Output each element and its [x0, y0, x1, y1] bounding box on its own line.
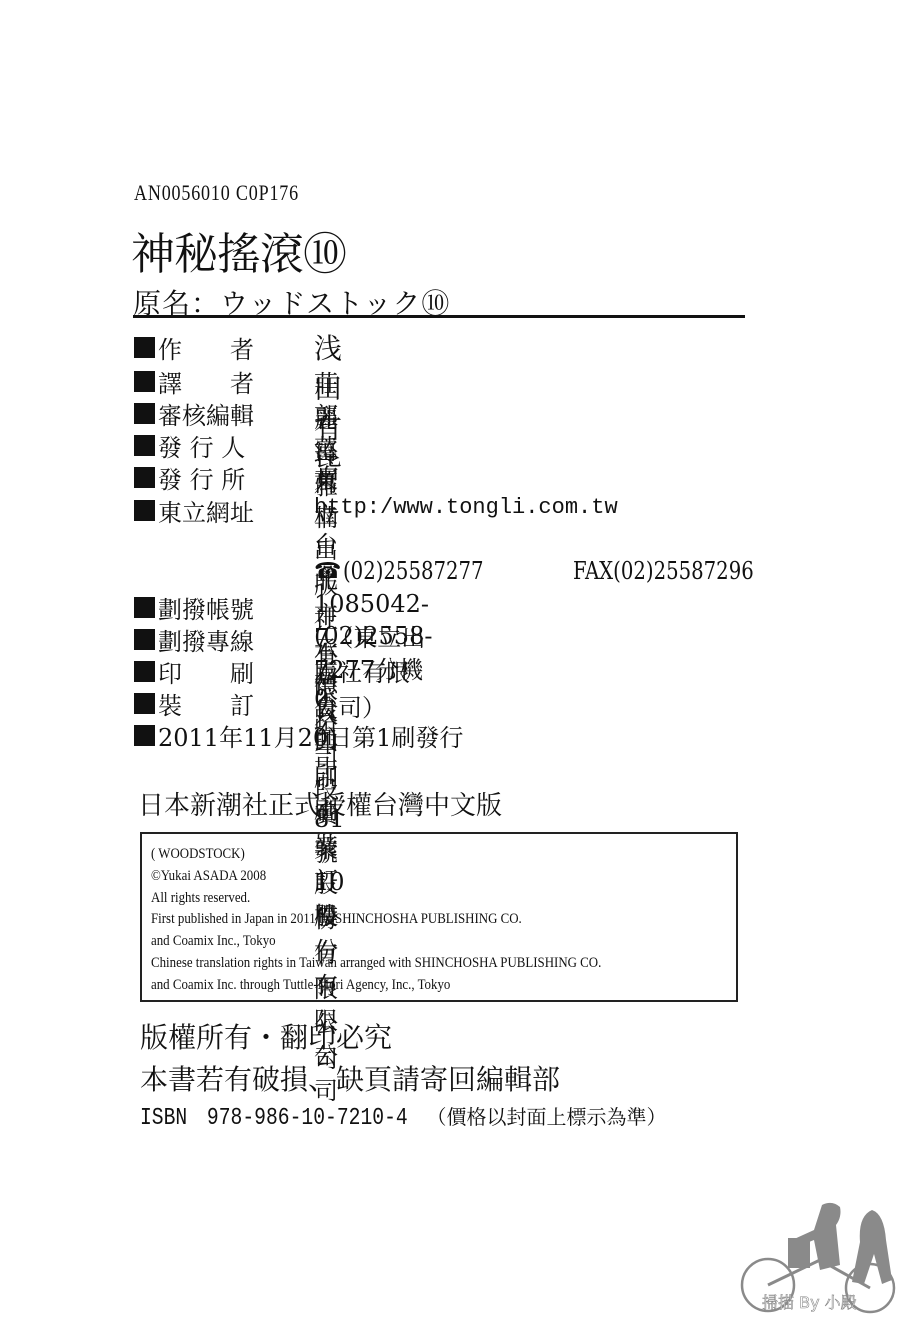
bullet-square	[134, 725, 155, 746]
license-line: 日本新潮社正式授權台灣中文版	[138, 785, 502, 822]
price-note: （價格以封面上標示為準）	[426, 1105, 666, 1129]
isbn-row: ISBN 978-986-10-7210-4（價格以封面上標示為準）	[140, 1096, 666, 1132]
website-link[interactable]: http:/www.tongli.com.tw	[314, 495, 618, 520]
bicycle-silhouette-icon: 掃描 By 小殿	[740, 1160, 900, 1317]
credit-label: 審核編輯	[158, 396, 254, 431]
publish-date-row: 2011年11月20日第1刷發行	[134, 718, 463, 753]
telephone-icon: ☎	[314, 559, 341, 584]
copyright-line: All rights reserved.	[151, 888, 654, 910]
book-title: 神秘搖滾⑩	[131, 218, 346, 282]
credit-label: 作 者	[158, 330, 254, 365]
credit-label: 發 行 所	[158, 460, 245, 495]
copyright-line: and Coamix Inc. through Tuttle-Mori Agen…	[151, 975, 654, 997]
copyright-line: Chinese translation rights in Taiwan arr…	[151, 953, 654, 975]
bullet-square	[134, 435, 155, 456]
scanner-watermark: 掃描 By 小殿	[740, 1160, 900, 1317]
watermark-text: 掃描 By 小殿	[762, 1293, 857, 1312]
bullet-square	[134, 661, 155, 682]
fax-number: FAX(02)25587296	[573, 557, 754, 585]
credit-label: 東立網址	[158, 493, 254, 528]
copyright-line: ( WOODSTOCK)	[151, 844, 654, 866]
copyright-box: ( WOODSTOCK) ©Yukai ASADA 2008 All right…	[140, 832, 738, 1002]
isbn: ISBN 978-986-10-7210-4	[140, 1096, 408, 1132]
credit-label: 發 行 人	[158, 428, 245, 463]
bullet-square	[134, 629, 155, 650]
bullet-square	[134, 403, 155, 424]
rights-notice: 版權所有・翻印必究	[140, 1016, 392, 1056]
credit-label: 劃撥帳號	[158, 590, 254, 625]
copyright-line: First published in Japan in 2011 by SHIN…	[151, 909, 654, 931]
credit-label: 劃撥專線	[158, 622, 254, 657]
bullet-square	[134, 467, 155, 488]
damage-notice: 本書若有破損、缺頁請寄回編輯部	[140, 1058, 560, 1098]
catalog-code: AN0056010 C0P176	[134, 180, 299, 206]
phone-number: (02)25587277	[343, 557, 482, 585]
copyright-line: ©Yukai ASADA 2008	[151, 866, 654, 888]
bullet-square	[134, 371, 155, 392]
bullet-square	[134, 597, 155, 618]
copyright-line: and Coamix Inc., Tokyo	[151, 931, 654, 953]
bullet-square	[134, 693, 155, 714]
credit-label: 印 刷	[158, 654, 254, 689]
publish-date: 2011年11月20日第1刷發行	[158, 718, 463, 753]
bullet-square	[134, 337, 155, 358]
title-divider	[133, 315, 745, 318]
credit-label: 譯 者	[158, 364, 254, 399]
credit-label: 裝 訂	[158, 686, 254, 721]
bullet-square	[134, 500, 155, 521]
